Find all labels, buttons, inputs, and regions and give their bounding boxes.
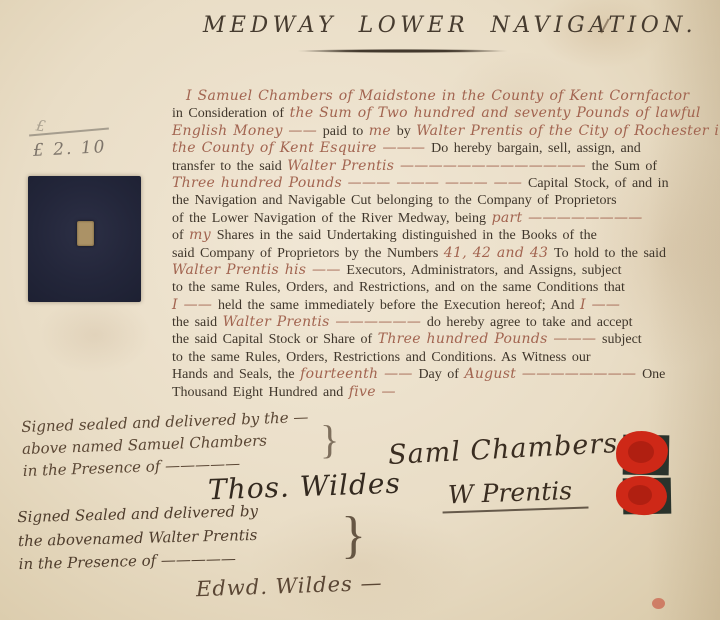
- stamp-embossed-center: [77, 221, 94, 246]
- handwritten-text: fourteenth ——: [300, 366, 418, 382]
- archive-red-mark: [652, 598, 665, 609]
- printed-text: Executors, Administrators, and Assigns, …: [346, 263, 621, 278]
- body-line: Hands and Seals, the fourteenth —— Day o…: [172, 366, 714, 383]
- handwritten-text: the County of Kent Esquire ———: [172, 140, 431, 156]
- handwritten-text: English Money ——: [172, 123, 323, 139]
- handwritten-text: the Sum of Two hundred and seventy Pound…: [290, 105, 701, 121]
- printed-text: Do hereby bargain, sell, assign, and: [431, 141, 641, 156]
- handwritten-text: 41, 42 and 43: [444, 245, 554, 261]
- handwritten-text: Walter Prentis his ——: [172, 262, 346, 278]
- printed-text: the Sum of: [592, 159, 657, 174]
- body-line: I —— held the same immediately before th…: [172, 297, 714, 314]
- body-line: English Money —— paid to me by Walter Pr…: [172, 123, 714, 140]
- printed-text: Day of: [418, 367, 464, 382]
- body-line: to the same Rules, Orders, and Restricti…: [172, 279, 714, 296]
- printed-text: to the same Rules, Orders, Restrictions …: [172, 350, 591, 365]
- body-line: I Samuel Chambers of Maidstone in the Co…: [172, 88, 714, 105]
- printed-text: To hold to the said: [554, 246, 666, 261]
- attestation-line: in the Presence of —————: [18, 547, 259, 577]
- body-line: of the Lower Navigation of the River Med…: [172, 210, 714, 227]
- witness-signature-edwd-wildes: Edwd. Wildes —: [196, 571, 383, 601]
- printed-text: Thousand Eight Hundred and: [172, 385, 349, 400]
- handwritten-text: me: [369, 123, 397, 139]
- wax-seal: [616, 431, 674, 515]
- printed-text: of the Lower Navigation of the River Med…: [172, 211, 492, 226]
- printed-text: in Consideration of: [172, 106, 290, 121]
- body-line: the County of Kent Esquire ——— Do hereby…: [172, 140, 714, 157]
- body-text: I Samuel Chambers of Maidstone in the Co…: [172, 88, 714, 401]
- printed-text: Hands and Seals, the: [172, 367, 300, 382]
- printed-text: of: [172, 228, 189, 243]
- printed-text: transfer to the said: [172, 159, 287, 174]
- printed-text: Capital Stock, of and in: [528, 176, 669, 191]
- wax-blob-shading: [628, 441, 654, 463]
- printed-text: the said Capital Stock or Share of: [172, 332, 378, 347]
- handwritten-text: Walter Prentis —————————————: [287, 158, 591, 174]
- handwritten-text: August ————————: [464, 366, 642, 382]
- printed-text: to the same Rules, Orders, and Restricti…: [172, 280, 625, 295]
- attestation-brace: }: [341, 506, 366, 565]
- revenue-stamp: [28, 176, 141, 302]
- body-line: the said Walter Prentis —————— do hereby…: [172, 314, 714, 331]
- handwritten-text: Walter Prentis ——————: [223, 314, 427, 330]
- document-title: MEDWAY LOWER NAVIGATION.: [180, 13, 720, 38]
- handwritten-text: five —: [349, 384, 396, 400]
- handwritten-text: my: [189, 227, 217, 243]
- printed-text: held the same immediately before the Exe…: [218, 298, 580, 313]
- handwritten-text: I ——: [172, 297, 218, 313]
- handwritten-text: I Samuel Chambers of Maidstone in the Co…: [186, 88, 689, 104]
- signature-samuel-chambers: Saml Chambers: [387, 428, 618, 471]
- printed-text: subject: [602, 332, 642, 347]
- attestation-brace: }: [320, 416, 339, 463]
- printed-text: do hereby agree to take and accept: [427, 315, 633, 330]
- body-line: to the same Rules, Orders, Restrictions …: [172, 349, 714, 366]
- body-line: in Consideration of the Sum of Two hundr…: [172, 105, 714, 122]
- printed-text: Shares in the said Undertaking distingui…: [217, 228, 597, 243]
- certificate-document: MEDWAY LOWER NAVIGATION. £ £ 2. 10 I Sam…: [0, 0, 720, 620]
- body-line: said Company of Proprietors by the Numbe…: [172, 245, 714, 262]
- handwritten-text: part ————————: [492, 210, 643, 226]
- body-line: the said Capital Stock or Share of Three…: [172, 331, 714, 348]
- printed-text: One: [642, 367, 665, 382]
- body-line: Thousand Eight Hundred and five —: [172, 384, 714, 401]
- handwritten-text: Three hundred Pounds ——— ——— ——— ——: [172, 175, 528, 191]
- body-line: the Navigation and Navigable Cut belongi…: [172, 192, 714, 209]
- printed-text: the said: [172, 315, 223, 330]
- wax-blob-shading: [628, 485, 652, 505]
- printed-text: said Company of Proprietors by the Numbe…: [172, 246, 444, 261]
- handwritten-text: Walter Prentis of the City of Rochester …: [416, 123, 720, 139]
- handwritten-text: Three hundred Pounds ———: [378, 331, 602, 347]
- pencil-price-note: £ 2. 10: [33, 137, 107, 161]
- printed-text: by: [397, 124, 417, 139]
- body-line: Three hundred Pounds ——— ——— ——— —— Capi…: [172, 175, 714, 192]
- body-line: Walter Prentis his —— Executors, Adminis…: [172, 262, 714, 279]
- title-rule: [297, 49, 508, 53]
- body-line: of my Shares in the said Undertaking dis…: [172, 227, 714, 244]
- witness-attestation-prentis: Signed Sealed and delivered by the above…: [17, 500, 259, 577]
- signature-walter-prentis: W Prentis: [441, 475, 588, 513]
- printed-text: the Navigation and Navigable Cut belongi…: [172, 193, 617, 208]
- body-line: transfer to the said Walter Prentis ————…: [172, 158, 714, 175]
- handwritten-text: I ——: [580, 297, 620, 313]
- printed-text: paid to: [323, 124, 369, 139]
